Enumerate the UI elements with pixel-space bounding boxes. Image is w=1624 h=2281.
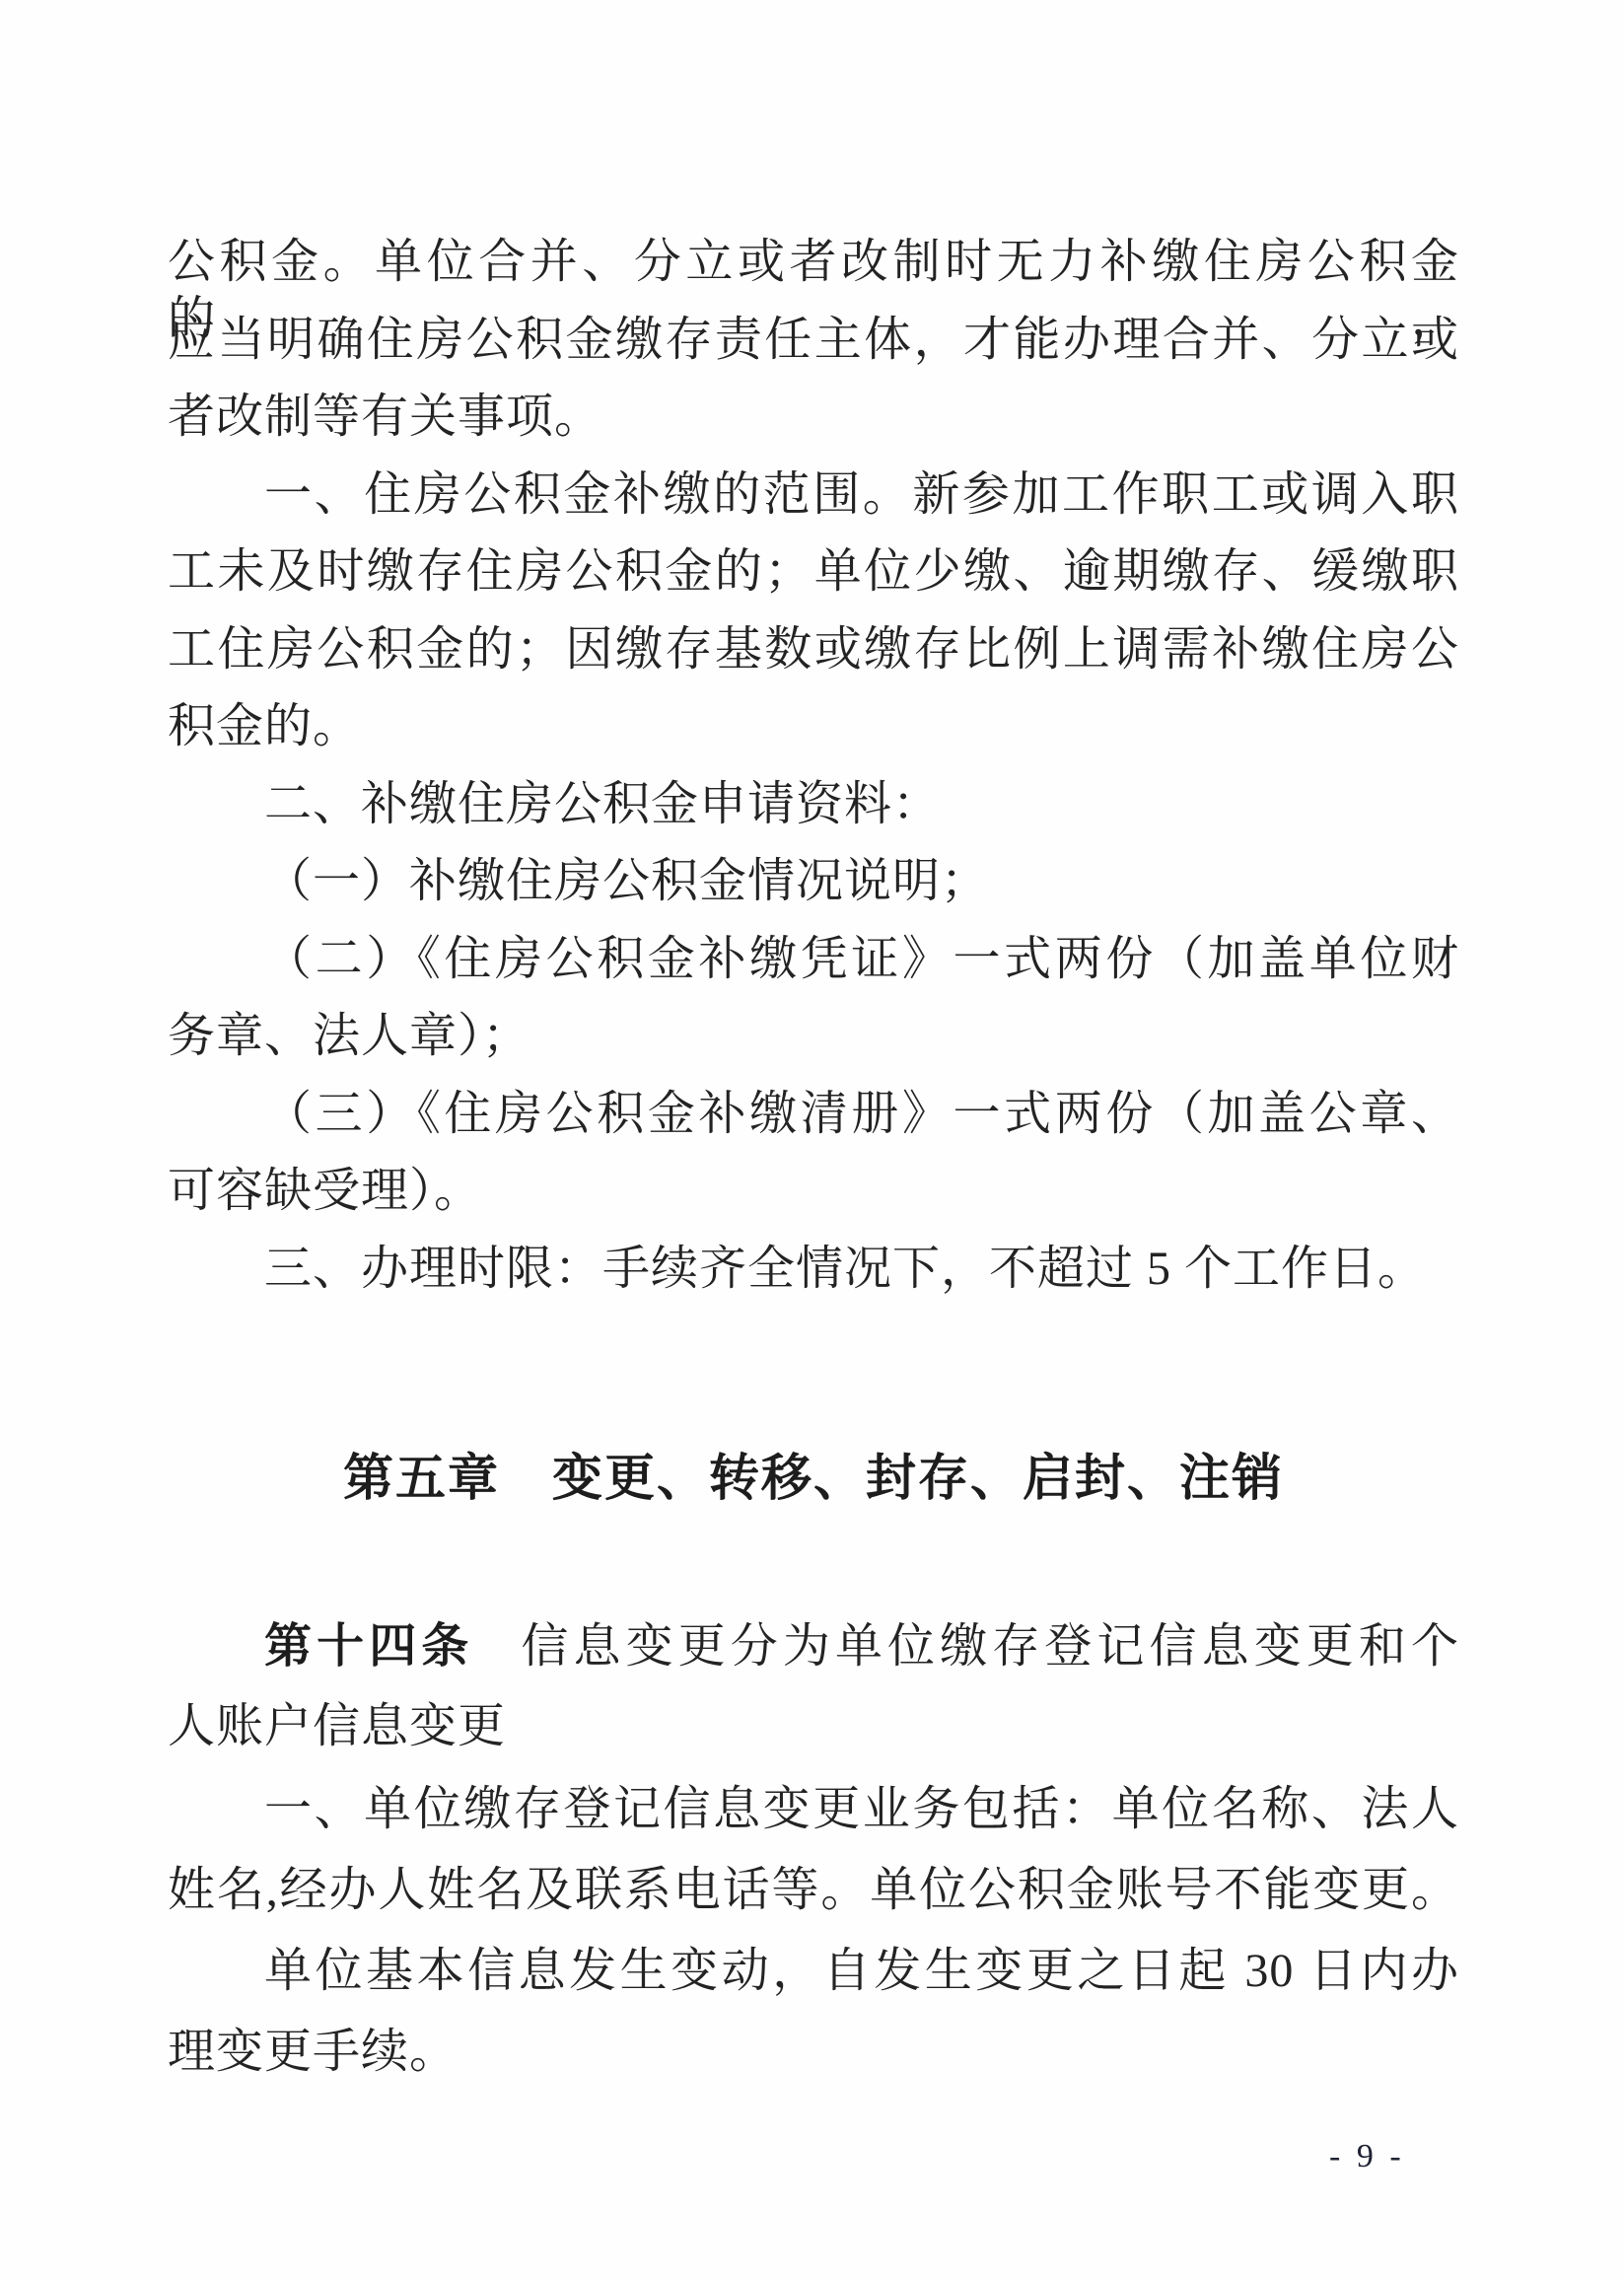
text-line: （三）《住房公积金补缴清册》一式两份（加盖公章、 xyxy=(168,1086,1459,1143)
article-first-line: 第十四条信息变更分为单位缴存登记信息变更和个 xyxy=(168,1618,1459,1675)
text-line: 可容缺受理）。 xyxy=(168,1163,1459,1220)
text-line: 二、补缴住房公积金申请资料： xyxy=(168,776,1459,833)
page-number: - 9 - xyxy=(1329,2138,1405,2175)
text-line: （一）补缴住房公积金情况说明； xyxy=(168,853,1459,910)
article-number-label: 第十四条 xyxy=(264,1620,473,1673)
text-line: 一、住房公积金补缴的范围。新参加工作职工或调入职 xyxy=(168,466,1459,524)
text-line: 理变更手续。 xyxy=(168,2024,1459,2081)
text-line: 三、办理时限：手续齐全情况下，不超过 5 个工作日。 xyxy=(168,1241,1459,1298)
text-column: 公积金。单位合并、分立或者改制时无力补缴住房公积金的， 应当明确住房公积金缴存责… xyxy=(168,0,1459,2281)
text-line: 工未及时缴存住房公积金的；单位少缴、逾期缴存、缓缴职 xyxy=(168,543,1459,601)
text-line: 一、单位缴存登记信息变更业务包括：单位名称、法人 xyxy=(168,1781,1459,1838)
chapter-heading: 第五章 变更、转移、封存、启封、注销 xyxy=(168,1448,1459,1509)
text-line: 积金的。 xyxy=(168,698,1459,755)
article-intro-text: 信息变更分为单位缴存登记信息变更和个 xyxy=(521,1620,1459,1673)
text-line: （二）《住房公积金补缴凭证》一式两份（加盖单位财 xyxy=(168,931,1459,988)
document-page: 公积金。单位合并、分立或者改制时无力补缴住房公积金的， 应当明确住房公积金缴存责… xyxy=(0,0,1624,2281)
text-line: 人账户信息变更 xyxy=(168,1698,1459,1755)
text-line: 工住房公积金的；因缴存基数或缴存比例上调需补缴住房公 xyxy=(168,621,1459,678)
text-line: 务章、法人章）； xyxy=(168,1008,1459,1065)
text-line: 单位基本信息发生变动，自发生变更之日起 30 日内办 xyxy=(168,1943,1459,2000)
text-line: 公积金。单位合并、分立或者改制时无力补缴住房公积金的， xyxy=(168,234,1459,291)
text-line: 姓名,经办人姓名及联系电话等。单位公积金账号不能变更。 xyxy=(168,1862,1459,1919)
text-line: 应当明确住房公积金缴存责任主体，才能办理合并、分立或 xyxy=(168,312,1459,369)
text-line: 者改制等有关事项。 xyxy=(168,389,1459,446)
